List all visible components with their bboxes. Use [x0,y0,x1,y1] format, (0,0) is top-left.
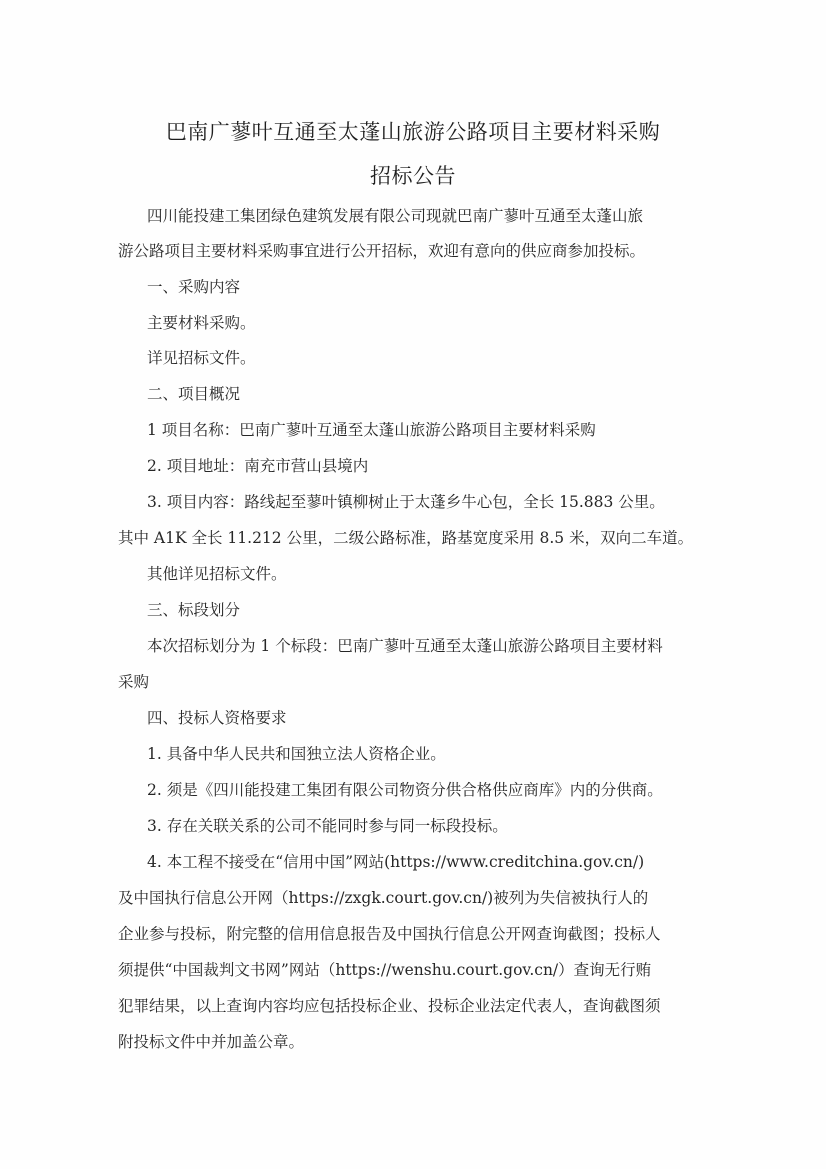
section-line: 2. 须是《四川能投建工集团有限公司物资分供合格供应商库》内的分供商。 [147,780,663,800]
intro-paragraph-line2: 游公路项目主要材料采购事宜进行公开招标，欢迎有意向的供应商参加投标。 [118,241,645,261]
section-line: 主要材料采购。 [147,313,256,333]
document-title-line1: 巴南广蓼叶互通至太蓬山旅游公路项目主要材料采购 [0,116,826,146]
intro-paragraph-line1: 四川能投建工集团绿色建筑发展有限公司现就巴南广蓼叶互通至太蓬山旅 [147,206,643,226]
section-line: 本次招标划分为 1 个标段：巴南广蓼叶互通至太蓬山旅游公路项目主要材料 [147,636,663,656]
section-heading-procurement-content: 一、采购内容 [147,277,240,297]
section-line: 其他详见招标文件。 [147,564,287,584]
section-line: 2. 项目地址：南充市营山县境内 [147,456,368,476]
section-line: 犯罪结果，以上查询内容均应包括投标企业、投标企业法定代表人，查询截图须 [118,996,661,1016]
section-line: 企业参与投标，附完整的信用信息报告及中国执行信息公开网查询截图；投标人 [118,924,661,944]
section-line: 采购 [118,672,149,692]
section-line: 附投标文件中并加盖公章。 [118,1032,304,1052]
section-line: 3. 项目内容：路线起至蓼叶镇柳树止于太蓬乡牛心包，全长 15.883 公里。 [147,492,665,512]
section-line: 3. 存在关联关系的公司不能同时参与同一标段投标。 [147,816,508,836]
section-line: 其中 A1K 全长 11.212 公里，二级公路标准，路基宽度采用 8.5 米，… [118,528,693,548]
section-line: 1 项目名称：巴南广蓼叶互通至太蓬山旅游公路项目主要材料采购 [147,420,596,440]
document-title-line2: 招标公告 [0,160,826,190]
section-heading-project-overview: 二、项目概况 [147,384,240,404]
section-line: 4. 本工程不接受在“信用中国”网站(https://www.creditchi… [147,852,644,872]
section-heading-lot-division: 三、标段划分 [147,600,240,620]
section-heading-bidder-qualifications: 四、投标人资格要求 [147,708,287,728]
section-line: 及中国执行信息公开网（https://zxgk.court.gov.cn/)被列… [118,888,648,908]
section-line: 详见招标文件。 [147,348,256,368]
document-page: 巴南广蓼叶互通至太蓬山旅游公路项目主要材料采购 招标公告 四川能投建工集团绿色建… [0,0,826,1169]
section-line: 1. 具备中华人民共和国独立法人资格企业。 [147,744,446,764]
section-line: 须提供“中国裁判文书网”网站（https://wenshu.court.gov.… [118,960,651,980]
